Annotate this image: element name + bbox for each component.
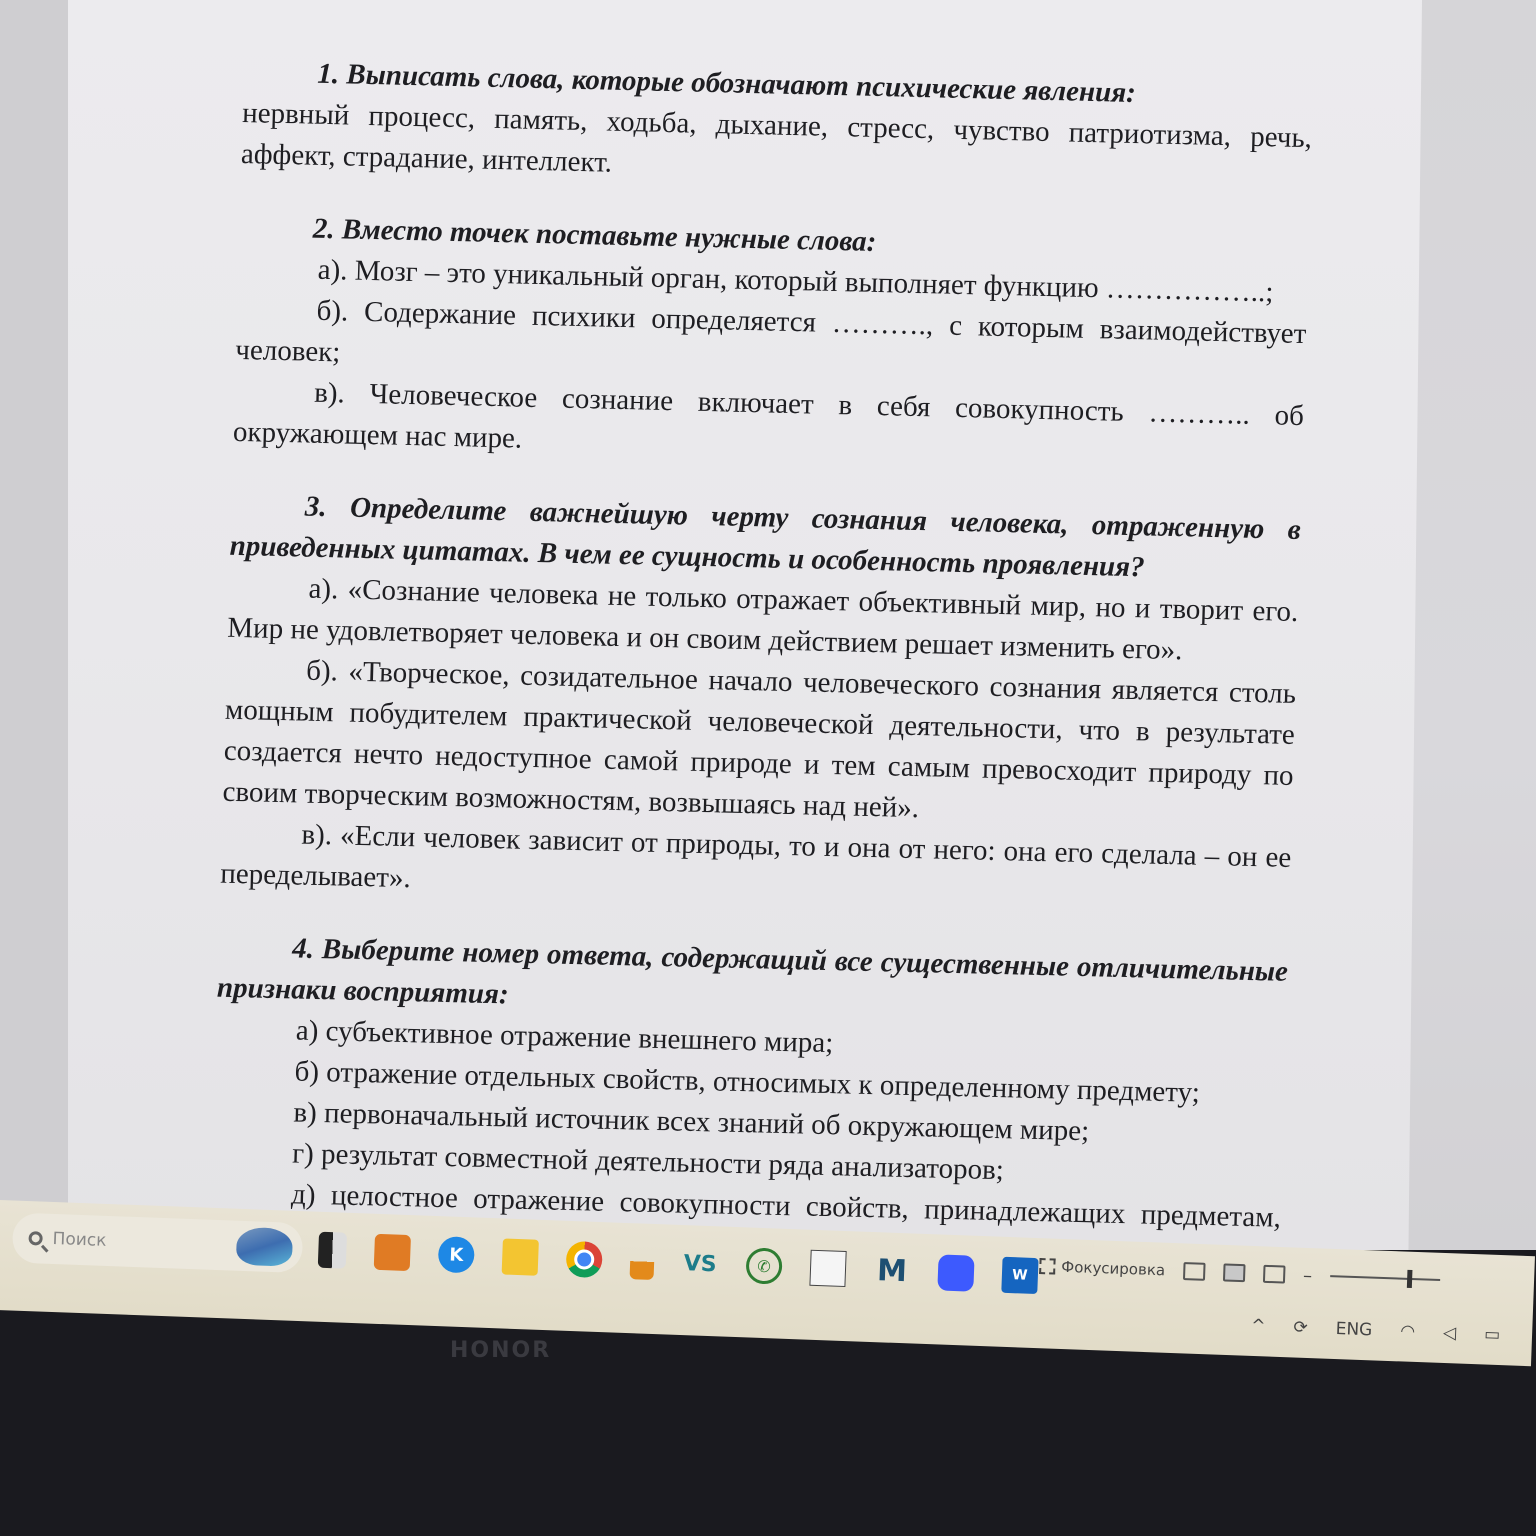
- wifi-icon[interactable]: ◠: [1400, 1321, 1416, 1342]
- document-body[interactable]: 1. Выписать слова, которые обозначают пс…: [209, 52, 1313, 1250]
- bezel-brand-logo: HONOR: [450, 1338, 551, 1363]
- zoom-out-button[interactable]: –: [1303, 1265, 1313, 1286]
- battery-icon[interactable]: ▭: [1484, 1324, 1501, 1345]
- word-icon[interactable]: W: [1001, 1257, 1038, 1294]
- chrome-icon[interactable]: [566, 1241, 603, 1278]
- left-gutter: [0, 0, 68, 1250]
- sync-icon[interactable]: ⟳: [1293, 1317, 1308, 1338]
- focus-mode-button[interactable]: Фокусировка: [1039, 1257, 1165, 1279]
- widgets-icon[interactable]: [236, 1227, 293, 1267]
- print-layout-icon[interactable]: [1223, 1263, 1246, 1282]
- zoom-slider[interactable]: [1330, 1275, 1440, 1281]
- section-3: 3. Определите важнейшую черту сознания ч…: [220, 485, 1302, 920]
- chat-app-icon[interactable]: [937, 1254, 974, 1291]
- language-indicator[interactable]: ENG: [1335, 1319, 1372, 1340]
- search-placeholder: Поиск: [52, 1229, 107, 1251]
- folder-icon[interactable]: [502, 1238, 539, 1275]
- list-item: б). «Творческое, созидательное начало че…: [222, 649, 1296, 838]
- file-manager-icon[interactable]: [318, 1232, 347, 1269]
- vs-app-icon[interactable]: VS: [681, 1245, 718, 1282]
- taskbar-search[interactable]: Поиск: [12, 1213, 304, 1274]
- zoom-slider-thumb[interactable]: [1407, 1270, 1413, 1288]
- photo-app-icon[interactable]: [374, 1234, 411, 1271]
- section-2: 2. Вместо точек поставьте нужные слова: …: [232, 207, 1309, 478]
- k-app-icon[interactable]: K: [438, 1236, 475, 1273]
- read-mode-icon[interactable]: [1183, 1262, 1206, 1281]
- volume-icon[interactable]: ◁: [1443, 1323, 1457, 1343]
- cone-app-icon[interactable]: [630, 1243, 655, 1280]
- section-4: 4. Выберите номер ответа, содержащий все…: [209, 927, 1288, 1250]
- search-icon: [28, 1231, 43, 1246]
- taskbar-apps: K VS ✆ M W: [318, 1232, 1039, 1294]
- system-tray: ^ ⟳ ENG ◠ ◁ ▭: [1251, 1316, 1501, 1345]
- chevron-up-icon[interactable]: ^: [1251, 1316, 1266, 1337]
- focus-icon: [1039, 1258, 1056, 1275]
- chart-app-icon[interactable]: [809, 1250, 846, 1287]
- focus-label: Фокусировка: [1061, 1258, 1165, 1280]
- web-layout-icon[interactable]: [1263, 1265, 1286, 1284]
- section-1: 1. Выписать слова, которые обозначают пс…: [240, 52, 1313, 200]
- m-app-icon[interactable]: M: [873, 1252, 910, 1289]
- whatsapp-icon[interactable]: ✆: [745, 1247, 782, 1284]
- screen: 1. Выписать слова, которые обозначают пс…: [0, 0, 1536, 1250]
